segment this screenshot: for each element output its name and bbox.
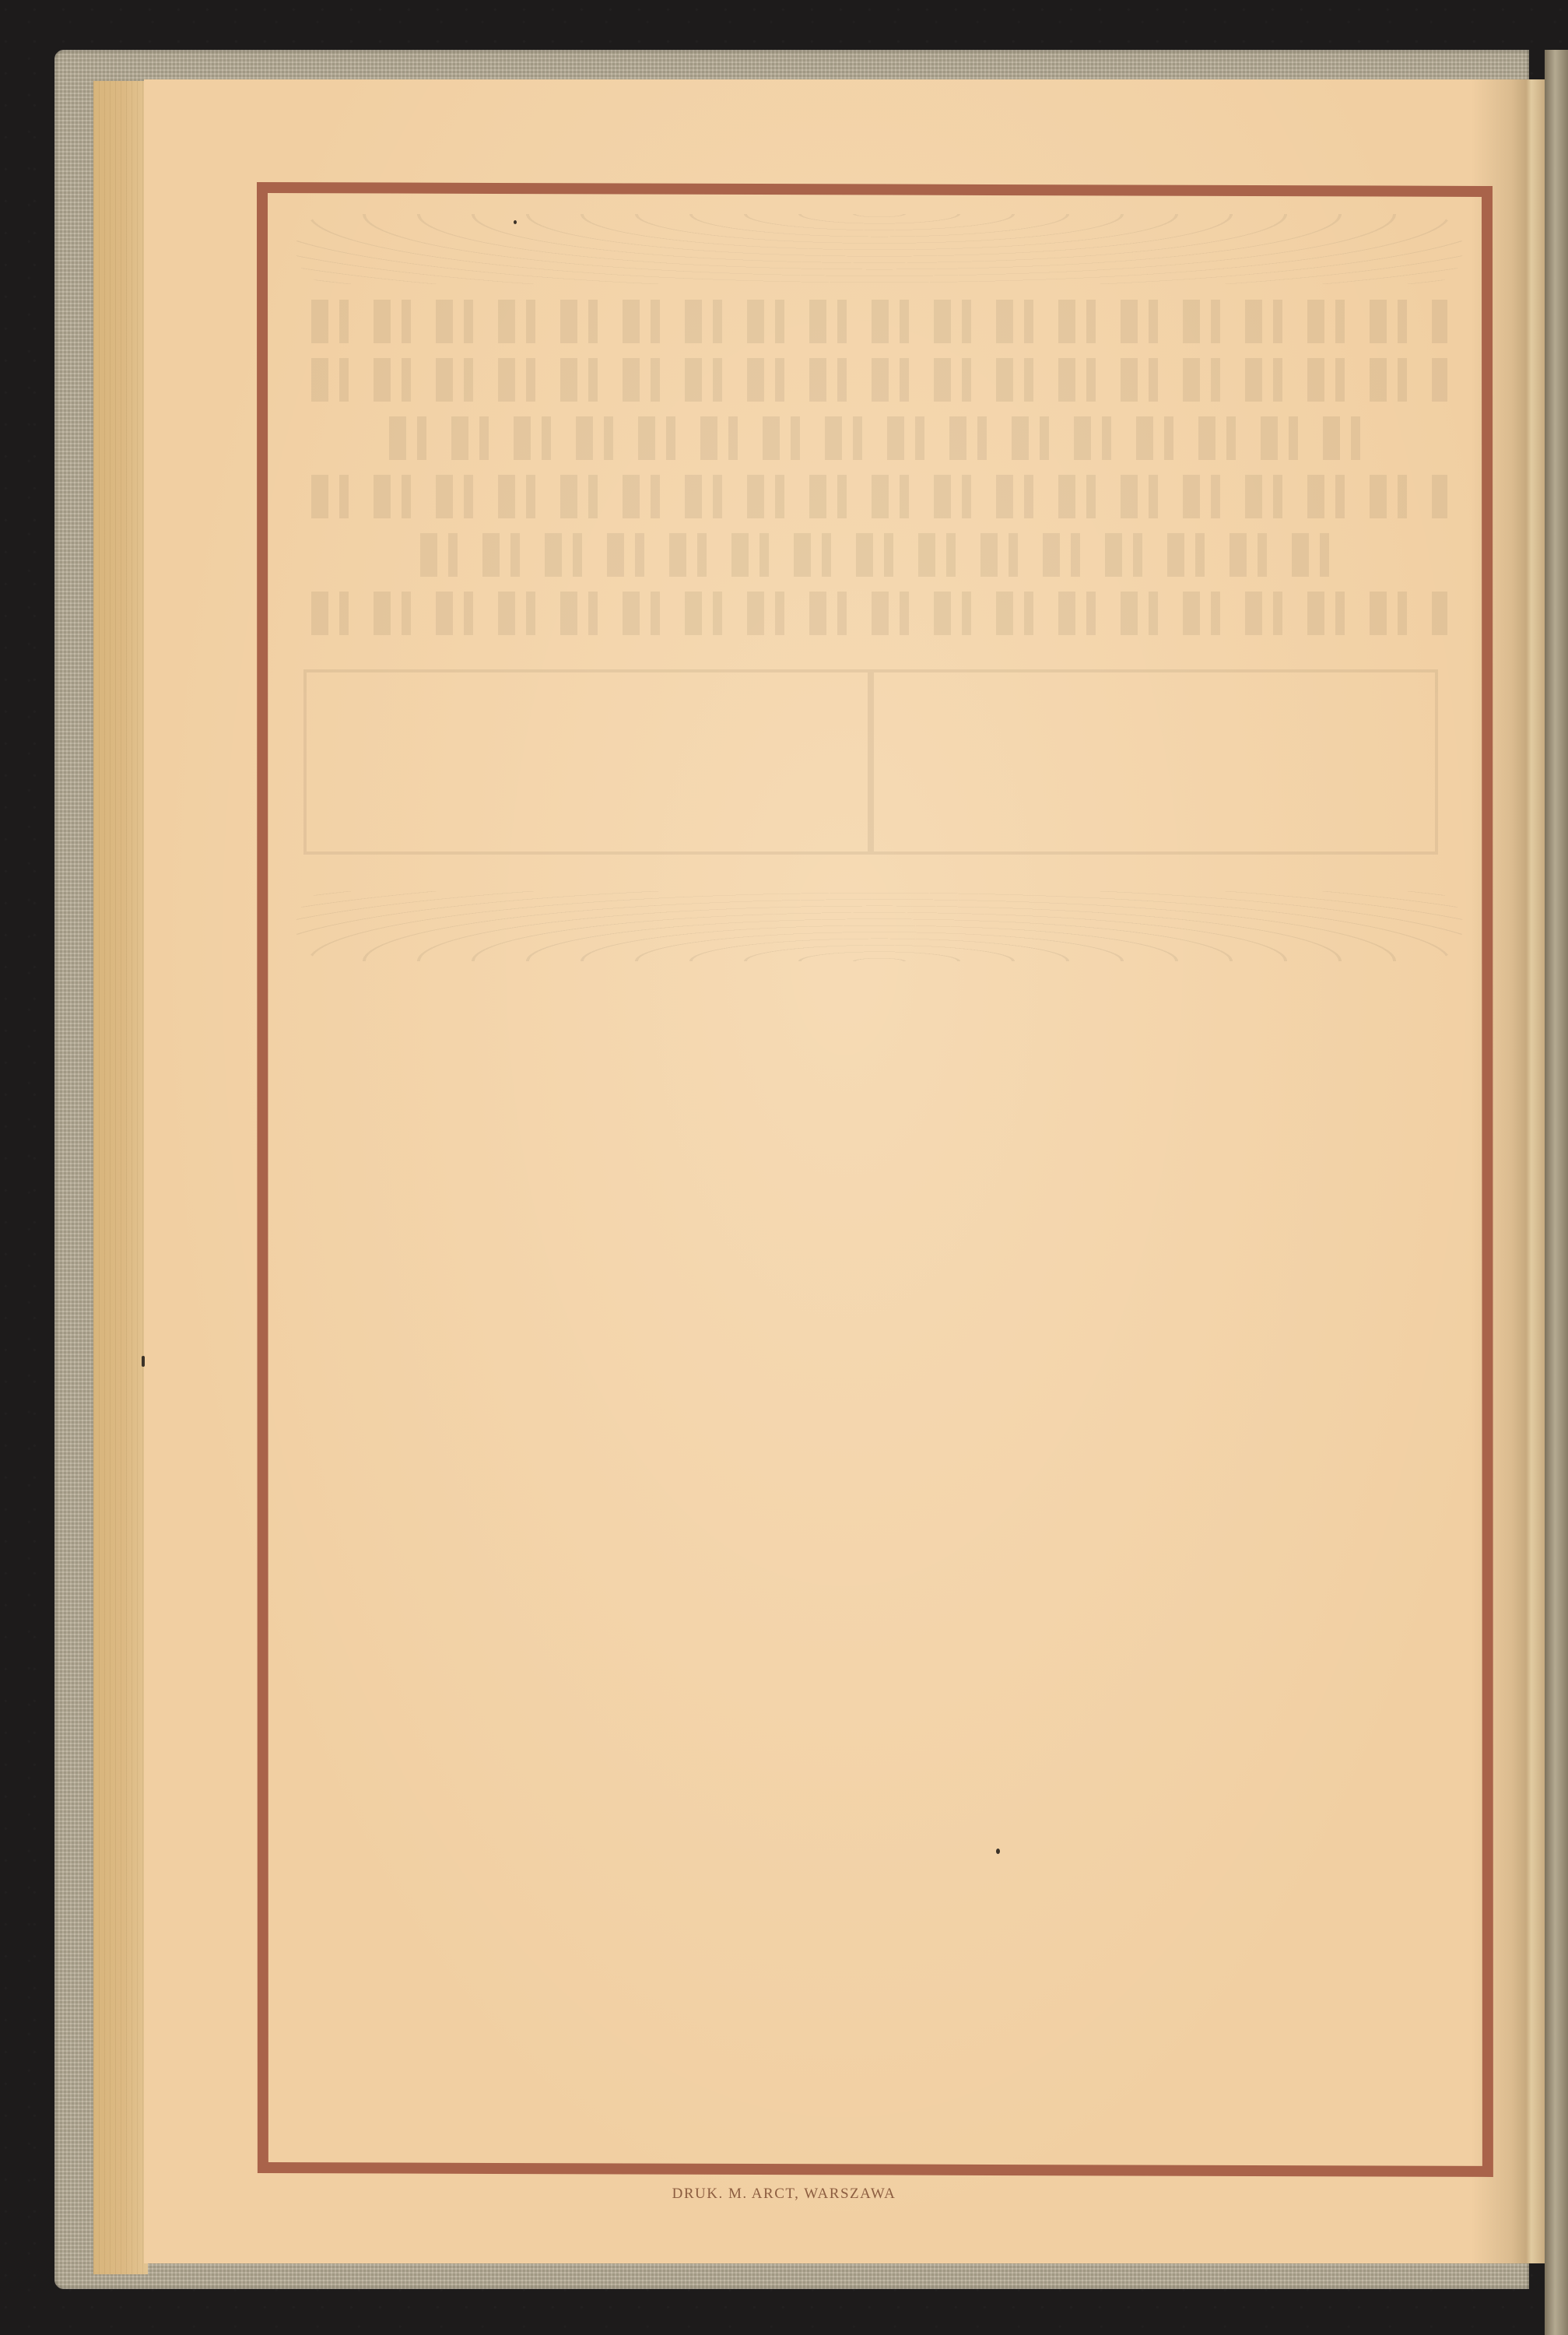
decorative-page-frame	[257, 182, 1493, 2177]
book-spine-edge	[1545, 50, 1568, 2335]
paper-speck	[996, 1849, 1000, 1854]
printer-credit: DRUK. M. ARCT, WARSZAWA	[0, 2186, 1568, 2203]
page-edge-stack	[93, 81, 148, 2274]
paper-speck	[142, 1356, 145, 1367]
paper-speck	[514, 220, 517, 224]
